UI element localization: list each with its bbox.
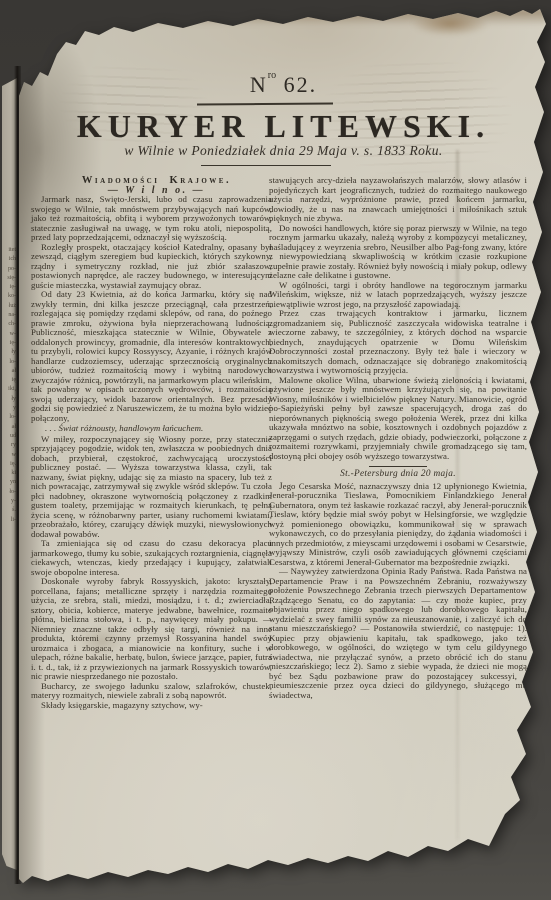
right-column: stawujących arcy-dzieła nayzawołańszych … bbox=[269, 176, 527, 700]
divider-rule bbox=[197, 103, 333, 106]
issue-superscript: ro bbox=[268, 70, 276, 81]
divider-rule bbox=[369, 466, 427, 467]
photo-background: itet ich po- się- ię- ko- łuż na- ch- w-… bbox=[0, 0, 551, 900]
newspaper-title: KURYER LITEWSKI. bbox=[19, 108, 548, 145]
article-paragraph: Do nowości handlowych, które się poraz p… bbox=[269, 224, 527, 281]
article-paragraph: Ta zmieniająca się od czasu do czasu dek… bbox=[31, 539, 272, 577]
quoted-verse: . . . Świat różnousty, handlowym łańcuch… bbox=[31, 424, 272, 434]
article-paragraph: Od daty 23 Kwietnia, aż do końca Jarmark… bbox=[31, 290, 272, 423]
issue-number-value: 62. bbox=[284, 72, 318, 97]
article-paragraph: Bucharcy, ze swojego ładunku szalow, szl… bbox=[31, 682, 272, 701]
divider-rule bbox=[201, 165, 331, 166]
article-paragraph: Składy księgarskie, magazyny sztychow, w… bbox=[31, 701, 272, 711]
section-heading-petersburg: St.-Petersburg dnia 20 maja. bbox=[269, 470, 527, 480]
article-paragraph: Przez czas trwających kontraktow i jarma… bbox=[269, 309, 527, 376]
article-paragraph: W miłey, rozpoczynającey się Wiosny porz… bbox=[31, 435, 272, 540]
article-paragraph: Malowne okolice Wilna, ubarwione świeżą … bbox=[269, 376, 527, 462]
issue-number: Nro 62. bbox=[19, 70, 548, 98]
paper-stain bbox=[411, 12, 489, 36]
article-paragraph: W ogólności, targi i obróty handlowe na … bbox=[269, 281, 527, 310]
article-paragraph: Rozległy prospekt, otaczający kościoł Ka… bbox=[31, 243, 272, 291]
newspaper-page: Nro 62. KURYER LITEWSKI. w Wilnie w Poni… bbox=[19, 0, 548, 900]
article-paragraph: — Naywyżey zatwierdzona Opinia Rady Pańs… bbox=[269, 567, 527, 700]
masthead-dateline: w Wilnie w Poniedziałek dnia 29 Maja v. … bbox=[19, 143, 548, 159]
left-column: Wiadomości Krajowe. — W i l n o. — Jarma… bbox=[31, 176, 272, 710]
article-paragraph: Jego Cesarska Mość, naznaczywszy dnia 12… bbox=[269, 482, 527, 568]
article-paragraph: Doskonałe wyroby fabryk Rossyyskich, jak… bbox=[31, 577, 272, 682]
issue-letter: N bbox=[250, 72, 268, 97]
article-paragraph: Jarmark nasz, Swięto-Jerski, lubo od cza… bbox=[31, 195, 272, 243]
article-paragraph: stawujących arcy-dzieła nayzawołańszych … bbox=[269, 176, 527, 224]
